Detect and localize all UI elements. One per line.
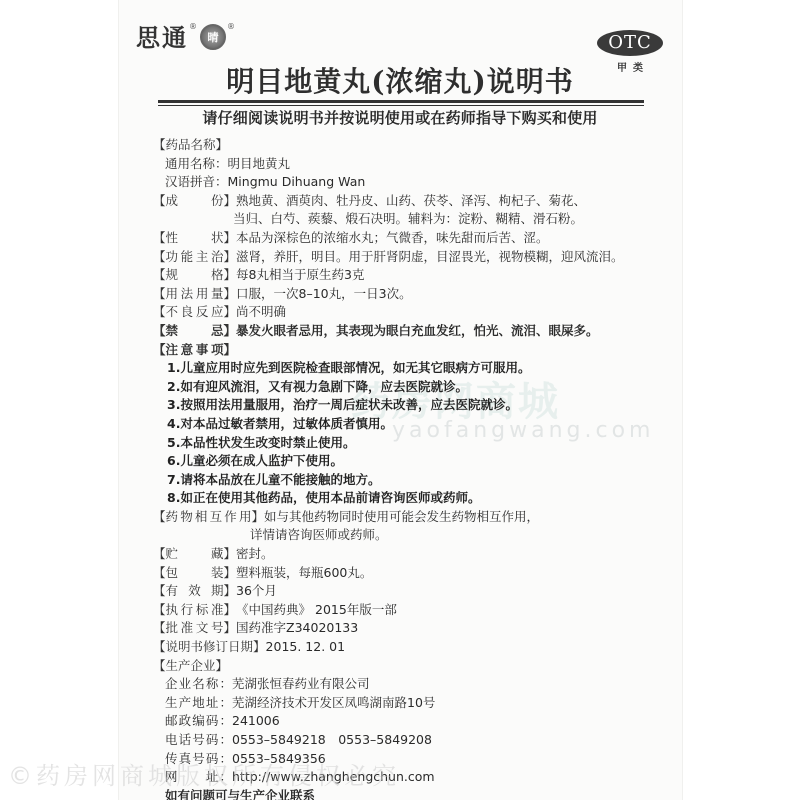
shelf-life-value: 36个月 [236,582,277,601]
section-revision-date: 【说明书修订日期】 2015. 12. 01 [153,638,673,657]
section-ingredients: 【成 份】 熟地黄、酒萸肉、牡丹皮、山药、茯苓、泽泻、枸杞子、菊花、 [153,192,673,211]
interactions-line-2: 详情请咨询医师或药师。 [250,526,388,545]
title-divider [158,100,644,103]
pinyin-row: 汉语拼音： Mingmu Dihuang Wan [153,173,673,192]
section-label: 执行标准 [166,601,224,620]
approval-number: 国药准字Z34020133 [236,619,358,638]
precaution-item: 1.儿童应用时应先到医院检查眼部情况，如无其它眼病方可服用。 [153,359,673,378]
section-label: 注意事项 [166,341,224,360]
ingredients-continuation: 当归、白芍、蒺藜、煅石决明。辅料为：淀粉、糊精、滑石粉。 [153,210,673,229]
page-title: 明目地黄丸(浓缩丸)说明书 [150,60,650,100]
section-label: 不良反应 [166,303,224,322]
field-label: 网 址： [165,768,232,787]
registered-mark: ® [189,22,197,31]
adverse-reactions-value: 尚不明确 [236,303,286,322]
contraindications-value: 暴发火眼者忌用，其表现为眼白充血发红，怕光、流泪、眼屎多。 [236,322,599,341]
manufacturer-postcode-row: 邮政编码： 241006 [153,712,673,731]
section-label: 有 效 期 [166,582,224,601]
precaution-item: 8.如正在使用其他药品，使用本品前请咨询医师或药师。 [153,489,673,508]
precaution-item: 5.本品性状发生改变时禁止使用。 [153,434,673,453]
pinyin-name: Mingmu Dihuang Wan [228,173,366,192]
brand-logo: 思通 ® 晴 ® [136,24,235,52]
section-label: 药品名称 [166,137,216,152]
section-indications: 【功能主治】 滋肾，养肝，明目。用于肝肾阴虚，目涩畏光，视物模糊，迎风流泪。 [153,248,673,267]
section-adverse-reactions: 【不良反应】 尚不明确 [153,303,673,322]
section-manufacturer: 【生产企业】 [153,657,673,676]
appearance-value: 本品为深棕色的浓缩水丸；气微香，味先甜而后苦、涩。 [236,229,549,248]
precaution-item: 7.请将本品放在儿童不能接触的地方。 [153,471,673,490]
generic-name-row: 通用名称： 明目地黄丸 [153,155,673,174]
section-appearance: 【性 状】 本品为深棕色的浓缩水丸；气微香，味先甜而后苦、涩。 [153,229,673,248]
standard-value: 《中国药典》 2015年版一部 [236,601,397,620]
contact-note: 如有问题可与生产企业联系 [153,787,673,800]
phone-numbers: 0553–5849218 0553–5849208 [232,731,432,750]
field-label: 生产地址： [165,694,232,713]
field-label: 通用名称： [165,155,228,174]
section-interactions: 【药物相互作用】 如与其他药物同时使用可能会发生药物相互作用， [153,508,673,527]
field-label: 邮政编码： [165,712,232,731]
section-label: 药物相互作用 [166,508,252,527]
section-label: 用法用量 [166,285,224,304]
field-label: 企业名称： [165,675,232,694]
title-divider-thin [158,105,644,106]
section-label: 说明书修订日期 [166,639,254,654]
section-standard: 【执行标准】 《中国药典》 2015年版一部 [153,601,673,620]
dosage-value: 口服，一次8–10丸，一日3次。 [236,285,412,304]
page-subtitle: 请仔细阅读说明书并按说明使用或在药师指导下购买和使用 [155,107,645,128]
section-label: 包 装 [166,564,224,583]
manufacturer-address-row: 生产地址： 芜湖经济技术开发区凤鸣湖南路10号 [153,694,673,713]
manufacturer-phone-row: 电话号码： 0553–5849218 0553–5849208 [153,731,673,750]
section-package: 【包 装】 塑料瓶装，每瓶600丸。 [153,564,673,583]
section-label: 性 状 [166,229,224,248]
postcode: 241006 [232,712,280,731]
section-label: 生产企业 [166,658,216,673]
package-value: 塑料瓶装，每瓶600丸。 [236,564,372,583]
section-approval: 【批准文号】 国药准字Z34020133 [153,619,673,638]
generic-name: 明目地黄丸 [228,155,291,174]
specification-value: 每8丸相当于原生药3克 [236,266,364,285]
section-label: 规 格 [166,266,224,285]
section-precautions: 【注意事项】 [153,341,673,360]
field-label: 汉语拼音： [165,173,228,192]
company-name: 芜湖张恒春药业有限公司 [232,675,370,694]
precaution-item: 6.儿童必须在成人监护下使用。 [153,452,673,471]
otc-label: OTC [597,30,663,56]
indications-value: 滋肾，养肝，明目。用于肝肾阴虚，目涩畏光，视物模糊，迎风流泪。 [236,248,624,267]
section-shelf-life: 【有 效 期】 36个月 [153,582,673,601]
field-label: 传真号码： [165,750,232,769]
fax-number: 0553–5849356 [232,750,326,769]
precaution-item: 3.按照用法用量服用，治疗一周后症状未改善，应去医院就诊。 [153,396,673,415]
section-specification: 【规 格】 每8丸相当于原生药3克 [153,266,673,285]
section-dosage: 【用法用量】 口服，一次8–10丸，一日3次。 [153,285,673,304]
section-label: 贮 藏 [166,545,224,564]
section-storage: 【贮 藏】 密封。 [153,545,673,564]
leaflet-content: 【药品名称】 通用名称： 明目地黄丸 汉语拼音： Mingmu Dihuang … [153,136,673,800]
revision-date: 2015. 12. 01 [266,638,346,657]
ingredients-line-2: 当归、白芍、蒺藜、煅石决明。辅料为：淀粉、糊精、滑石粉。 [233,210,583,229]
section-label: 功能主治 [166,248,224,267]
company-address: 芜湖经济技术开发区凤鸣湖南路10号 [232,694,435,713]
section-label: 禁 忌 [166,322,224,341]
section-contraindications: 【禁 忌】 暴发火眼者忌用，其表现为眼白充血发红，怕光、流泪、眼屎多。 [153,322,673,341]
website-link[interactable]: http://www.zhanghengchun.com [232,768,435,787]
brand-name: 思通 [136,24,188,52]
storage-value: 密封。 [236,545,274,564]
interactions-line-1: 如与其他药物同时使用可能会发生药物相互作用， [264,508,539,527]
field-label: 电话号码： [165,731,232,750]
manufacturer-website-row: 网 址： http://www.zhanghengchun.com [153,768,673,787]
section-label: 成 份 [166,192,224,211]
precaution-item: 2.如有迎风流泪，又有视力急剧下降，应去医院就诊。 [153,378,673,397]
section-drug-name: 【药品名称】 [153,136,673,155]
manufacturer-fax-row: 传真号码： 0553–5849356 [153,750,673,769]
interactions-continuation: 详情请咨询医师或药师。 [153,526,673,545]
ingredients-line-1: 熟地黄、酒萸肉、牡丹皮、山药、茯苓、泽泻、枸杞子、菊花、 [236,192,586,211]
precaution-item: 4.对本品过敏者禁用，过敏体质者慎用。 [153,415,673,434]
registered-mark: ® [227,22,235,31]
section-label: 批准文号 [166,619,224,638]
seal-logo-icon: 晴 [200,24,226,50]
manufacturer-name-row: 企业名称： 芜湖张恒春药业有限公司 [153,675,673,694]
